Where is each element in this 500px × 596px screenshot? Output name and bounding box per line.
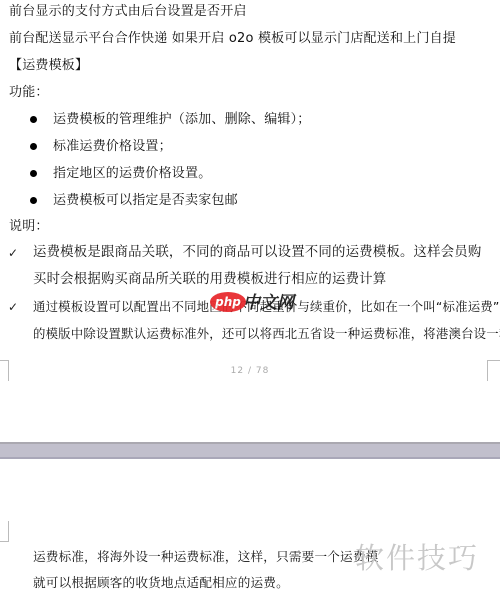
bullet-icon bbox=[30, 197, 37, 204]
text-line: 功能： bbox=[9, 85, 49, 101]
list-item: 运费模板可以指定是否卖家包邮 bbox=[53, 193, 238, 209]
text-line: 前台显示的支付方式由后台设置是否开启 bbox=[9, 4, 247, 20]
page-number: 12 / 78 bbox=[0, 366, 500, 376]
list-item: 运费模板的管理维护（添加、删除、编辑）； bbox=[53, 112, 311, 128]
php-cn-watermark: 中文网 bbox=[243, 288, 294, 313]
php-logo-watermark: php bbox=[210, 292, 246, 312]
text-line: 说明： bbox=[9, 219, 49, 235]
page-separator bbox=[0, 442, 500, 459]
crop-mark-left bbox=[0, 521, 9, 542]
list-item: 运费模板是跟商品关联，不同的商品可以设置不同的运费模板。这样会员购 bbox=[33, 245, 482, 261]
section-heading: 【运费模板】 bbox=[9, 58, 88, 74]
software-tips-watermark: 软件技巧 bbox=[355, 536, 479, 577]
text-line: 的模版中除设置默认运费标准外，还可以将西北五省设一种运费标准，将港澳台设一种 bbox=[33, 326, 500, 342]
bullet-icon bbox=[30, 143, 37, 150]
list-item: 标准运费价格设置； bbox=[53, 139, 172, 155]
list-item: 指定地区的运费价格设置。 bbox=[53, 166, 211, 182]
checkmark-icon: ✓ bbox=[8, 300, 18, 314]
text-line: 就可以根据顾客的收货地点适配相应的运费。 bbox=[33, 575, 289, 591]
text-line: 运费标准，将海外设一种运费标准，这样，只需要一个运费模 bbox=[33, 549, 378, 565]
document-page-12: 前台显示的支付方式由后台设置是否开启 前台配送显示平台合作快递 如果开启 o2o… bbox=[0, 0, 500, 434]
text-line: 前台配送显示平台合作快递 如果开启 o2o 模板可以显示门店配送和上门自提 bbox=[9, 31, 456, 47]
bullet-icon bbox=[30, 116, 37, 123]
checkmark-icon: ✓ bbox=[8, 246, 18, 260]
bullet-icon bbox=[30, 170, 37, 177]
text-line: 买时会根据购买商品所关联的用费模板进行相应的运费计算 bbox=[33, 272, 386, 288]
